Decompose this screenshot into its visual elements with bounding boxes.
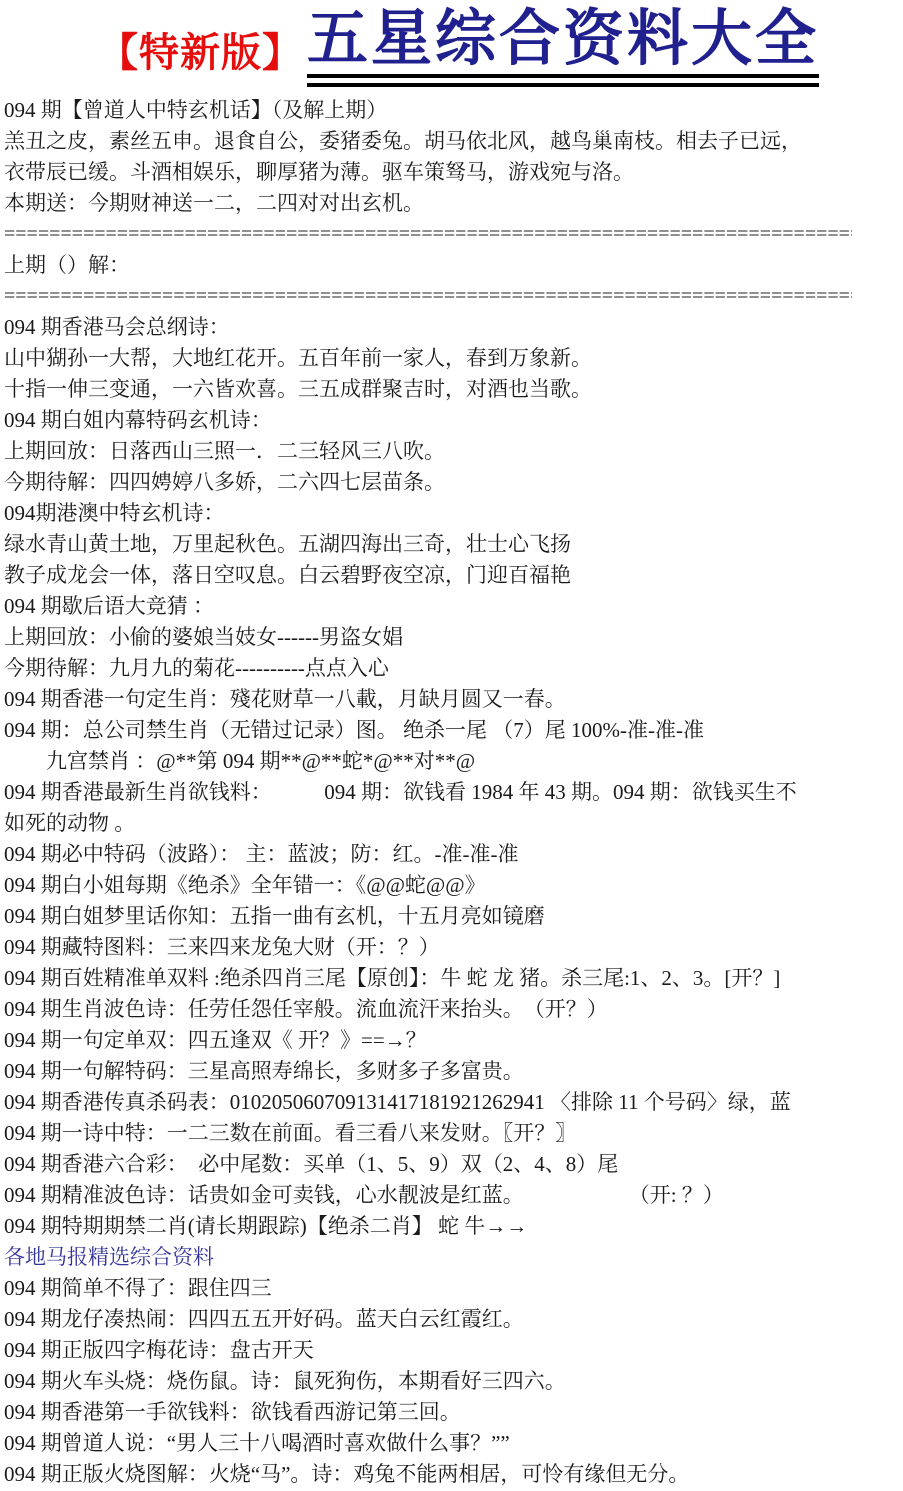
text-line: 094 期正版四字梅花诗：盘古开天 bbox=[4, 1335, 901, 1366]
text-line: 今期待解：四四娉婷八多娇，二六四七层苗条。 bbox=[4, 467, 901, 498]
text-line: 094 期简单不得了：跟住四三 bbox=[4, 1273, 901, 1304]
text-line: 094 期曾道人说：“男人三十八喝酒时喜欢做什么事？”” bbox=[4, 1428, 901, 1459]
text-line: 羔丑之皮，素丝五申。退食自公，委猪委兔。胡马依北风，越鸟巢南枝。相去子已远， bbox=[4, 126, 901, 157]
text-line: 094 期白姐内幕特码玄机诗： bbox=[4, 405, 901, 436]
text-line: 094 期火车头烧：烧伤鼠。诗：鼠死狗伤，本期看好三四六。 bbox=[4, 1366, 901, 1397]
text-line: 094期港澳中特玄机诗： bbox=[4, 498, 901, 529]
text-line: 094 期一诗中特：一二三数在前面。看三看八来发财。〖开？〗 bbox=[4, 1118, 901, 1149]
lottery-info-page: 【特新版】 五星综合资料大全 094 期【曾道人中特玄机话】（及解上期）羔丑之皮… bbox=[0, 0, 903, 1491]
text-line: 094 期特期期禁二肖(请长期跟踪)【绝杀二肖】 蛇 牛→→ bbox=[4, 1211, 901, 1242]
content-lines: 094 期【曾道人中特玄机话】（及解上期）羔丑之皮，素丝五申。退食自公，委猪委兔… bbox=[0, 95, 903, 1490]
text-line: 094 期龙仔凑热闹：四四五五开好码。蓝天白云红霞红。 bbox=[4, 1304, 901, 1335]
text-line: 094 期百姓精准单双料 :绝杀四肖三尾【原创】：牛 蛇 龙 猪。杀三尾:1、2… bbox=[4, 963, 901, 994]
masthead: 【特新版】 五星综合资料大全 bbox=[0, 0, 903, 95]
text-line: 上期回放：小偷的婆娘当妓女------男盗女娼 bbox=[4, 622, 901, 653]
text-line: 094 期歇后语大竞猜 ： bbox=[4, 591, 901, 622]
text-line: 094 期【曾道人中特玄机话】（及解上期） bbox=[4, 95, 901, 126]
text-line: 094 期香港传真杀码表：010205060709131417181921262… bbox=[4, 1087, 901, 1118]
text-line: 094 期香港马会总纲诗： bbox=[4, 312, 901, 343]
text-line: 今期待解：九月九的菊花----------点点入心 bbox=[4, 653, 901, 684]
edition-tag: 【特新版】 bbox=[98, 23, 303, 73]
text-line: 衣带辰已缓。斗酒相娱乐，聊厚猪为薄。驱车策驽马，游戏宛与洛。 bbox=[4, 157, 901, 188]
text-line: 094 期一句解特码：三星高照寿绵长，多财多子多富贵。 bbox=[4, 1056, 901, 1087]
text-line: 绿水青山黄土地，万里起秋色。五湖四海出三奇，壮士心飞扬 bbox=[4, 529, 901, 560]
text-line: 094 期一句定单双：四五逢双《 开？》==→？ bbox=[4, 1025, 901, 1056]
text-line: 094 期香港六合彩： 必中尾数：买单（1、5、9）双（2、4、8）尾 bbox=[4, 1149, 901, 1180]
text-line: 九宫禁肖 ：@**第 094 期**@**蛇*@**对**@ bbox=[4, 746, 901, 777]
section-header-line: 各地马报精选综合资料 bbox=[4, 1242, 901, 1273]
text-line: 094 期香港第一手欲钱料：欲钱看西游记第三回。 bbox=[4, 1397, 901, 1428]
text-line: 本期送：今期财神送一二，二四对对出玄机。 bbox=[4, 188, 901, 219]
text-line: 教子成龙会一体，落日空叹息。白云碧野夜空凉，门迎百福艳 bbox=[4, 560, 901, 591]
text-line: 094 期必中特码（波路）： 主：蓝波；防：红。-准-准-准 bbox=[4, 839, 901, 870]
text-line: 094 期生肖波色诗：任劳任怨任宰般。流血流汗来抬头。 （开？） bbox=[4, 994, 901, 1025]
text-line: 上期回放：日落西山三照一．二三轻风三八吹。 bbox=[4, 436, 901, 467]
text-line: 094 期白姐梦里话你知：五指一曲有玄机，十五月亮如镜磨 bbox=[4, 901, 901, 932]
text-line: 094 期香港最新生肖欲钱料： 094 期：欲钱看 1984 年 43 期。09… bbox=[4, 777, 901, 808]
text-line: 094 期正版火烧图解：火烧“马”。诗：鸡兔不能两相居，可怜有缘但无分。 bbox=[4, 1459, 901, 1490]
separator-line: ========================================… bbox=[4, 281, 852, 312]
text-line: 094 期：总公司禁生肖（无错过记录）图。 绝杀一尾 （7）尾 100%-准-准… bbox=[4, 715, 901, 746]
text-line: 094 期精准波色诗：话贵如金可卖钱，心水靓波是红蓝。 （开: ？） bbox=[4, 1180, 901, 1211]
text-line: 094 期藏特图料：三来四来龙兔大财（开：？） bbox=[4, 932, 901, 963]
separator-line: ========================================… bbox=[4, 219, 852, 250]
text-line: 上期（）解： bbox=[4, 250, 901, 281]
text-line: 山中猢孙一大帮，大地红花开。五百年前一家人，春到万象新。 bbox=[4, 343, 901, 374]
text-line: 如死的动物 。 bbox=[4, 808, 901, 839]
text-line: 094 期香港一句定生肖：殘花财草一八載，月缺月圆又一春。 bbox=[4, 684, 901, 715]
text-line: 094 期白小姐每期《绝杀》全年错一：《@@蛇@@》 bbox=[4, 870, 901, 901]
page-title: 五星综合资料大全 bbox=[307, 8, 819, 86]
text-line: 十指一伸三变通，一六皆欢喜。三五成群聚吉时，对酒也当歌。 bbox=[4, 374, 901, 405]
